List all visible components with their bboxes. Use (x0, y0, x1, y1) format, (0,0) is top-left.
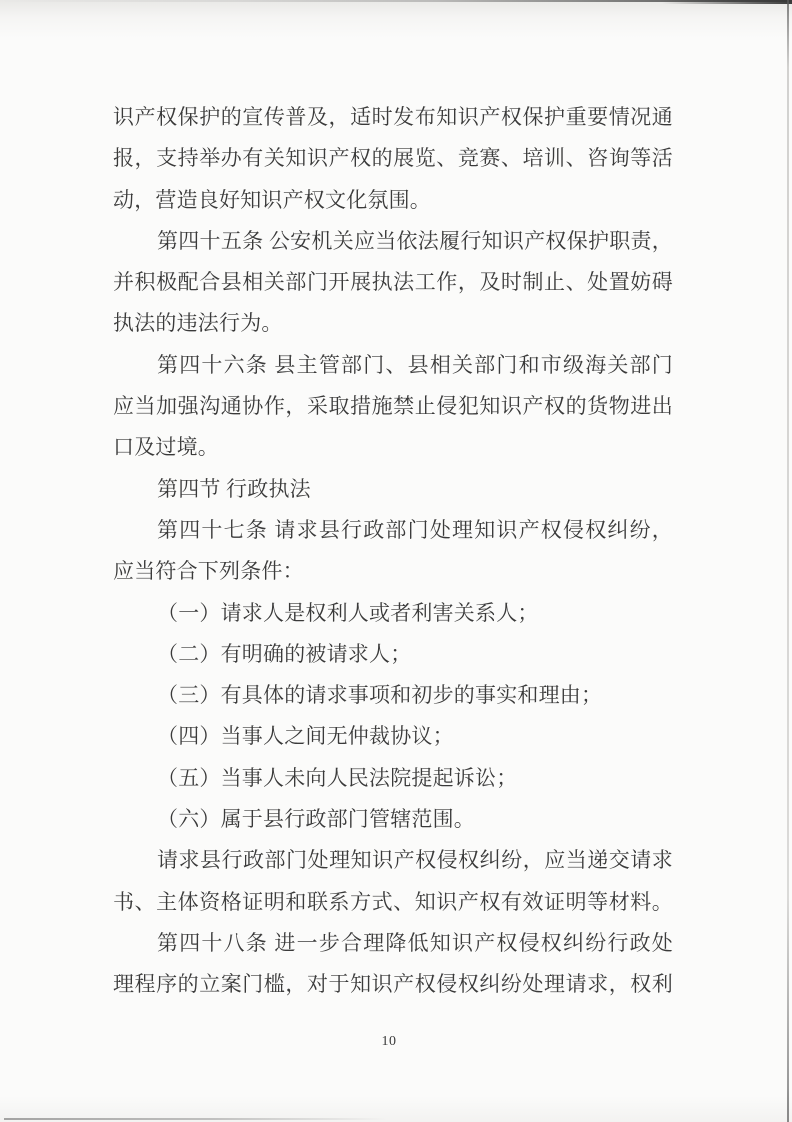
text-line: 第四节 行政执法 (113, 469, 673, 510)
text-line: 应当加强沟通协作，采取措施禁止侵犯知识产权的货物进出 (113, 386, 673, 427)
document-text: 识产权保护的宣传普及，适时发布知识产权保护重要情况通报，支持举办有关知识产权的展… (113, 97, 673, 1006)
text-line: （三）有具体的请求事项和初步的事实和理由； (113, 675, 673, 716)
text-line: 第四十六条 县主管部门、县相关部门和市级海关部门 (113, 345, 673, 386)
scan-right-edge-line (787, 0, 789, 1122)
scan-noise-band-top (0, 0, 792, 38)
text-line: 第四十五条 公安机关应当依法履行知识产权保护职责， (113, 221, 673, 262)
scan-top-right-corner-mark (662, 0, 792, 4)
text-line: 执法的违法行为。 (113, 303, 673, 344)
text-line: 第四十八条 进一步合理降低知识产权侵权纠纷行政处 (113, 923, 673, 964)
text-line: 第四十七条 请求县行政部门处理知识产权侵权纠纷， (113, 510, 673, 551)
text-line: （二）有明确的被请求人； (113, 634, 673, 675)
text-line: 口及过境。 (113, 427, 673, 468)
text-line: 并积极配合县相关部门开展执法工作，及时制止、处置妨碍 (113, 262, 673, 303)
text-line: 请求县行政部门处理知识产权侵权纠纷，应当递交请求 (113, 840, 673, 881)
text-line: 书、主体资格证明和联系方式、知识产权有效证明等材料。 (113, 882, 673, 923)
text-line: 报，支持举办有关知识产权的展览、竞赛、培训、咨询等活 (113, 138, 673, 179)
text-line: 识产权保护的宣传普及，适时发布知识产权保护重要情况通 (113, 97, 673, 138)
page-number: 10 (0, 1033, 785, 1050)
text-line: （六）属于县行政部门管辖范围。 (113, 799, 673, 840)
text-line: 理程序的立案门槛，对于知识产权侵权纠纷处理请求，权利 (113, 964, 673, 1005)
text-line: （四）当事人之间无仲裁协议； (113, 716, 673, 757)
document-page: 识产权保护的宣传普及，适时发布知识产权保护重要情况通报，支持举办有关知识产权的展… (0, 0, 792, 1122)
text-line: （一）请求人是权利人或者利害关系人； (113, 593, 673, 634)
text-line: 应当符合下列条件： (113, 551, 673, 592)
scan-bottom-edge-line (4, 1118, 386, 1120)
text-line: 动，营造良好知识产权文化氛围。 (113, 180, 673, 221)
text-line: （五）当事人未向人民法院提起诉讼； (113, 758, 673, 799)
